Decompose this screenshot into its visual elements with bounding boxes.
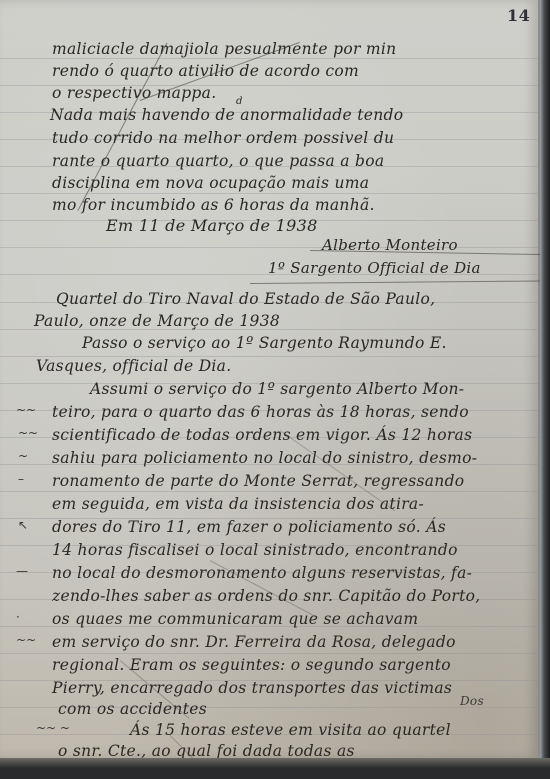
signature-title: 1º Sargento Official de Dia [268,259,481,277]
margin-dash: ~~ ~ [36,721,70,735]
handwritten-line: Assumi o serviço do 1º sargento Alberto … [90,380,464,398]
margin-dash: ~ [18,449,28,463]
margin-dash: ↖ [18,518,28,532]
handwritten-line: teiro, para o quarto das 6 horas às 18 h… [52,403,469,421]
page-edge-shadow [0,758,550,768]
handwritten-line: os quaes me communicaram que se achavam [52,610,418,628]
handwritten-line: dores do Tiro 11, em fazer o policiament… [52,518,446,536]
handwritten-line: Pierry, encarregado dos transportes das … [52,679,452,697]
handwritten-line: disciplina em nova ocupação mais uma [52,174,369,192]
ruled-line [0,193,538,194]
interlinear-note: Dos [460,694,484,708]
handwritten-line: Nada mais havendo de anormalidade tendo [50,106,403,124]
margin-dash: ~~ [16,633,36,647]
handwritten-line: tudo corrido na melhor ordem possivel du [52,129,394,147]
handwritten-line: o respectivo mappa. [52,84,216,102]
handwritten-line: Vasques, official de Dia. [36,357,231,375]
handwritten-line: Passo o serviço ao 1º Sargento Raymundo … [82,334,447,352]
signature-flourish [250,280,540,284]
date-line: Em 11 de Março de 1938 [106,216,318,235]
margin-dash: · [16,610,20,624]
ruled-line [0,58,538,59]
margin-dash: ~~ [18,426,38,440]
superscript-note: d [236,96,243,107]
margin-dash: ~~ [16,403,36,417]
handwritten-line: scientificado de todas ordens em vigor. … [52,426,472,444]
handwritten-line: em seguida, em vista da insistencia dos … [52,495,424,513]
handwritten-line: ronamento de parte do Monte Serrat, regr… [52,472,464,490]
document-page: 14 maliciacle damajiola pesualmente por … [0,0,540,758]
ruled-line [0,491,538,492]
ruled-line [0,653,538,654]
margin-dash: – [18,472,24,486]
handwritten-line: Quartel do Tiro Naval do Estado de São P… [56,290,435,308]
handwritten-line: no local do desmoronamento alguns reserv… [52,564,472,582]
handwritten-line: Ás 15 horas esteve em visita ao quartel [130,721,451,739]
handwritten-line: sahiu para policiamento no local do sini… [52,449,477,467]
page-edge-shadow [540,0,550,768]
handwritten-line: 14 horas fiscalisei o local sinistrado, … [52,541,458,559]
page-number: 14 [507,6,530,25]
handwritten-line: em serviço do snr. Dr. Ferreira da Rosa,… [52,633,456,651]
handwritten-line: regional. Eram os seguintes: o segundo s… [52,656,451,674]
handwritten-line: Paulo, onze de Março de 1938 [34,312,280,330]
handwritten-line: maliciacle damajiola pesualmente por min [52,40,396,58]
margin-dash: — [16,564,28,578]
handwritten-line: mo for incumbido as 6 horas da manhã. [52,196,375,214]
